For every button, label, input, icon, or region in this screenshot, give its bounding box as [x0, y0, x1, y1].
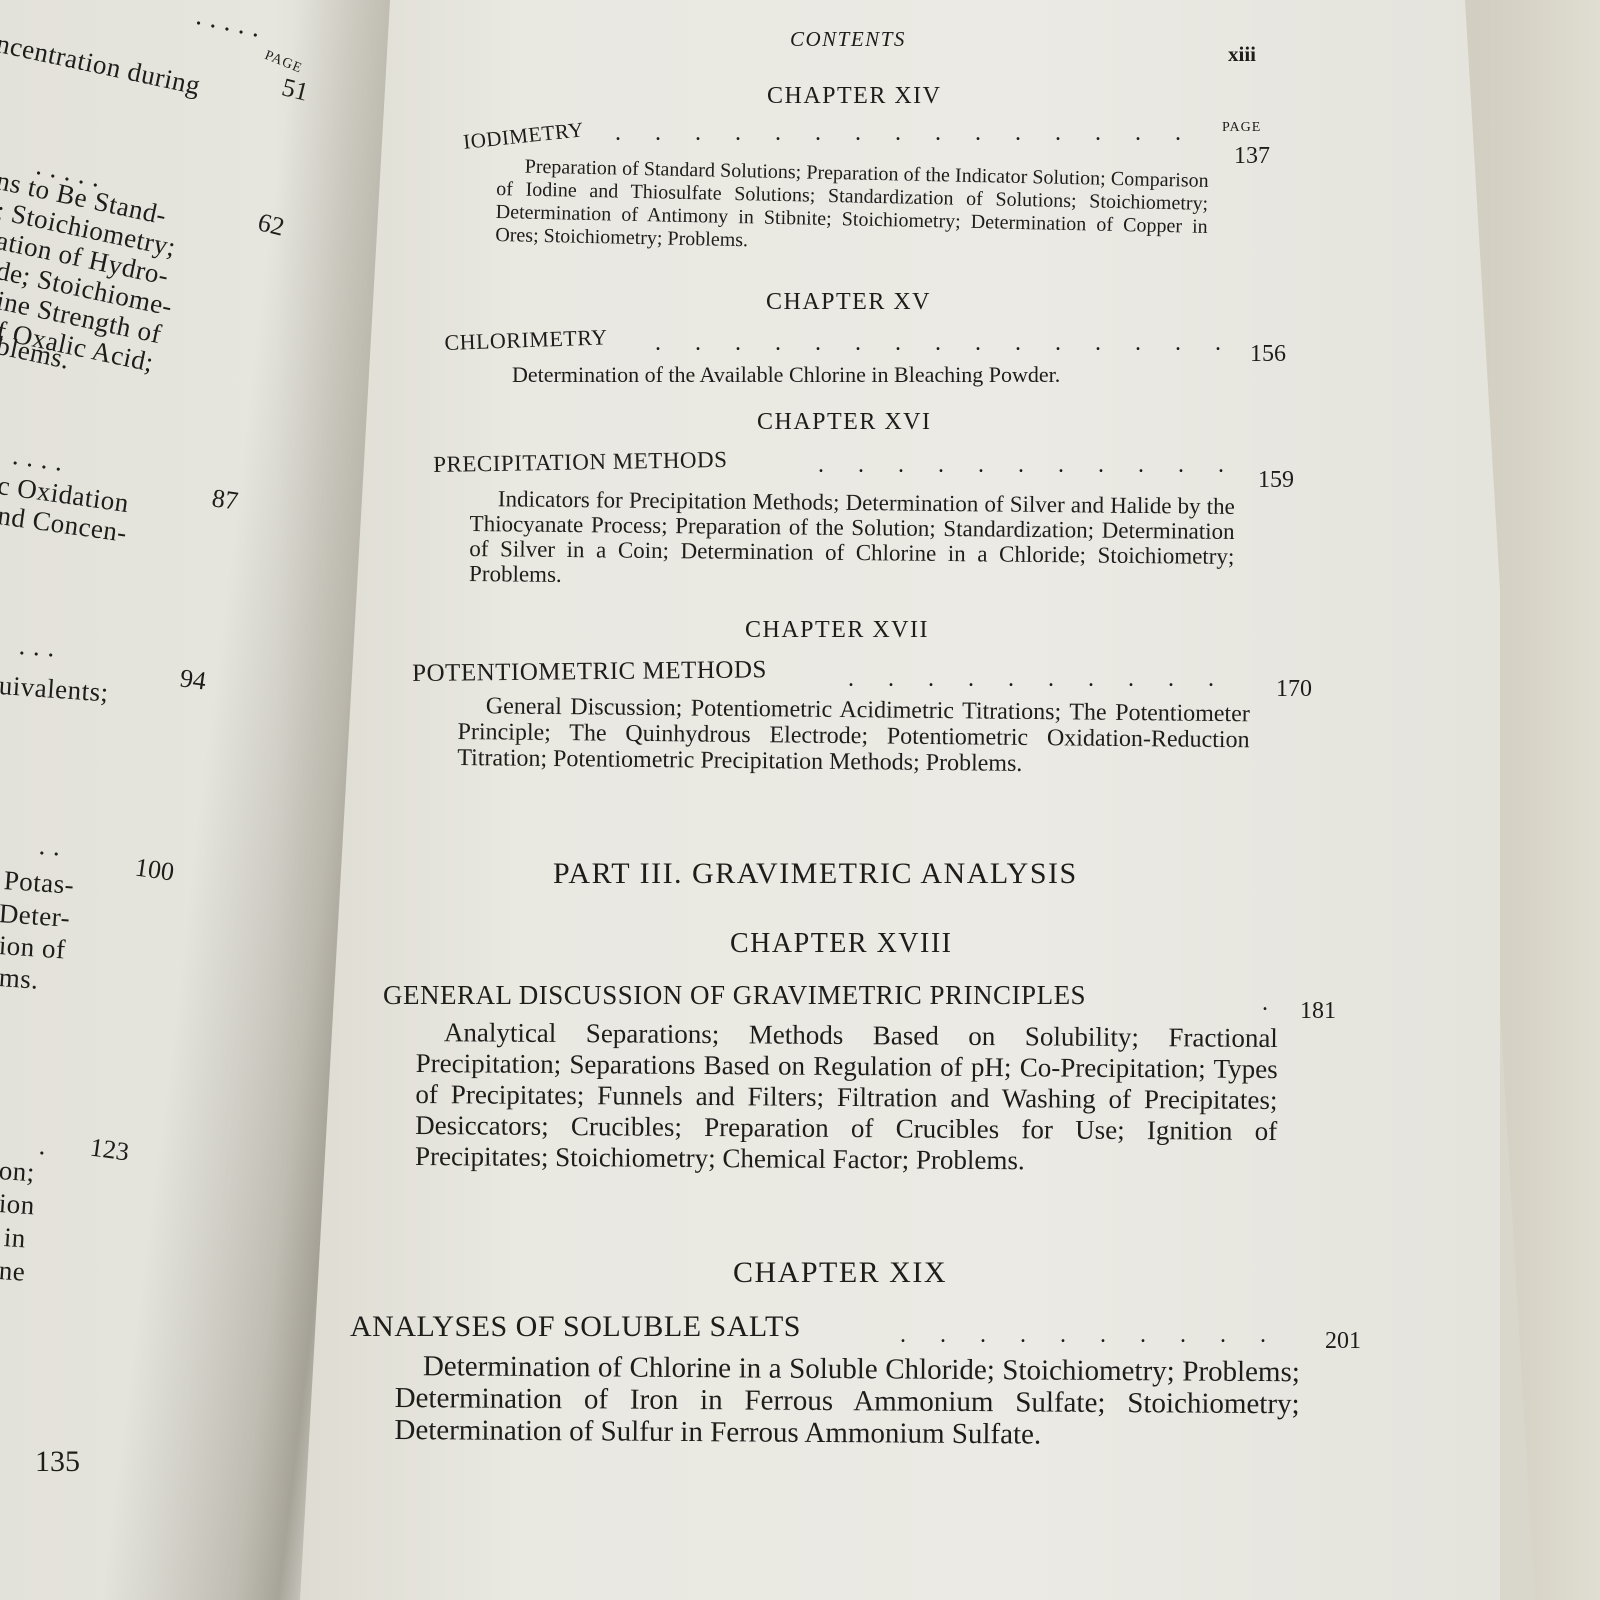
chapter-description: Analytical Separations; Methods Based on… — [415, 1017, 1278, 1178]
chapter-heading: CHAPTER XVIII — [730, 928, 953, 960]
left-page-line: Deter- — [0, 898, 71, 934]
chapter-heading: CHAPTER XVI — [757, 409, 932, 436]
left-page-line: ion of — [0, 930, 67, 966]
left-page-line: ms. — [0, 962, 40, 996]
left-page-line: ne — [0, 1255, 26, 1288]
left-page-line: . . . . . — [194, 0, 264, 44]
dot-leader: . . . . . . . . . . . . . . . . . . — [818, 452, 1228, 479]
left-page-number: 100 — [133, 852, 176, 887]
chapter-page-number: 170 — [1276, 676, 1312, 703]
part-heading: PART III. GRAVIMETRIC ANALYSIS — [553, 857, 1078, 891]
left-page-line: . . — [38, 830, 62, 862]
left-page-line: . . . — [18, 630, 56, 663]
left-page-number: 94 — [178, 663, 208, 696]
page-label: PAGE — [1222, 120, 1261, 136]
dot-leader: . . . . . . . . . . . . . . . . . . — [848, 666, 1248, 693]
left-page-line: . — [38, 1130, 47, 1161]
chapter-description: Determination of Chlorine in a Soluble C… — [394, 1350, 1300, 1452]
chapter-title: POTENTIOMETRIC METHODS — [412, 656, 767, 688]
dot-leader: . . . . . . . . . . . . . . . . . . — [900, 1322, 1300, 1349]
chapter-description: General Discussion; Potentiometric Acidi… — [457, 693, 1250, 779]
chapter-page-number: 159 — [1258, 467, 1294, 494]
dot-leader: . . . . . . . . . . . . . . . . . . — [655, 330, 1225, 357]
chapter-description: Indicators for Precipitation Methods; De… — [469, 486, 1235, 594]
chapter-page-number: 181 — [1300, 998, 1336, 1025]
left-page-line: ncentration during — [0, 28, 203, 102]
chapter-title: PRECIPITATION METHODS — [433, 447, 728, 478]
chapter-description: Determination of the Available Chlorine … — [512, 362, 1060, 387]
chapter-heading: CHAPTER XVII — [745, 617, 929, 644]
running-head: CONTENTS — [790, 27, 906, 52]
right-folio: xiii — [1228, 42, 1256, 67]
left-page-line: in — [3, 1222, 27, 1254]
left-page-line: Potas- — [3, 865, 75, 901]
left-page-number: 123 — [88, 1132, 131, 1167]
chapter-page-number: 201 — [1325, 1328, 1361, 1355]
chapter-page-number: 156 — [1250, 341, 1286, 368]
chapter-description: Preparation of Standard Solutions; Prepa… — [495, 155, 1209, 262]
chapter-heading: CHAPTER XIX — [733, 1256, 947, 1290]
left-page-line: ion — [0, 1188, 36, 1221]
chapter-page-number: 137 — [1234, 143, 1270, 170]
chapter-heading: CHAPTER XV — [766, 289, 931, 316]
dot-leader: . . . . . . . . . . . . . . . . . . — [615, 120, 1215, 147]
chapter-title: GENERAL DISCUSSION OF GRAVIMETRIC PRINCI… — [383, 980, 1086, 1011]
left-folio: 135 — [35, 1445, 80, 1479]
left-page-line: on; — [0, 1155, 36, 1188]
chapter-title: ANALYSES OF SOLUBLE SALTS — [350, 1310, 801, 1344]
chapter-heading: CHAPTER XIV — [767, 83, 942, 110]
dot-leader: . . . . . . . . . . . . . . . . . . — [1262, 990, 1287, 1017]
left-page-line: uivalents; — [0, 670, 110, 709]
